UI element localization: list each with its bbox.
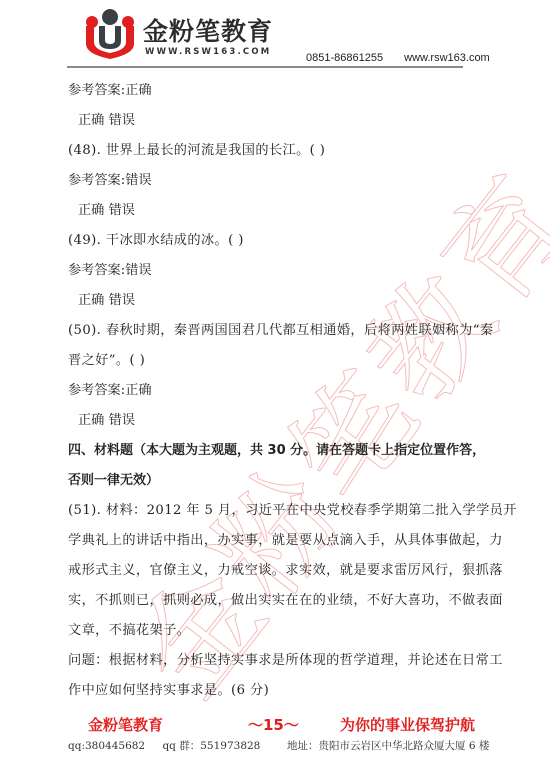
footer-brand: 金粉笔教育 — [88, 714, 163, 735]
footer-slogan: 为你的事业保驾护航 — [340, 714, 475, 735]
header-contact: 0851-86861255 www.rsw163.com — [306, 52, 508, 64]
answer-line: 参考答案:错误 — [68, 256, 483, 286]
page-header: 金粉笔教育 WWW.RSW163.COM 0851-86861255 www.r… — [0, 0, 550, 70]
answer-options: 正确 错误 — [68, 196, 483, 226]
question-50: (50). 春秋时期，秦晋两国国君几代都互相通婚，后将两姓联姻称为“秦 — [68, 316, 483, 346]
footer-qq: qq:380445682 qq 群：551973828 — [68, 738, 274, 753]
question-51-prompt-cont: 作中应如何坚持实事求是。(6 分) — [68, 676, 483, 706]
brand-name: 金粉笔教育 — [143, 12, 273, 48]
question-51: (51). 材料：2012 年 5 月，习近平在中央党校春季学期第二批入学学员开 — [68, 496, 483, 526]
answer-line: 参考答案:正确 — [68, 376, 483, 406]
document-body: 参考答案:正确 正确 错误 (48). 世界上最长的河流是我国的长江。( ) 参… — [68, 76, 483, 706]
footer-qq-group: qq 群：551973828 — [162, 740, 260, 752]
question-51-cont: 学典礼上的讲话中指出，办实事，就是要从点滴入手，从具体事做起，力 — [68, 526, 483, 556]
footer-qq-number: qq:380445682 — [68, 740, 145, 752]
question-51-cont: 戒形式主义，官僚主义，力戒空谈。求实效，就是要求雷厉风行，狠抓落 — [68, 556, 483, 586]
page-footer: 金粉笔教育 ～15～ 为你的事业保驾护航 qq:380445682 qq 群：5… — [0, 712, 550, 760]
answer-line: 参考答案:错误 — [68, 166, 483, 196]
page-number: ～15～ — [248, 714, 299, 735]
question-50-cont: 晋之好”。( ) — [68, 346, 483, 376]
header-website: www.rsw163.com — [404, 52, 490, 64]
question-51-cont: 实，不抓则已，抓则必成，做出实实在在的业绩，不好大喜功，不做表面 — [68, 586, 483, 616]
section-heading-cont: 否则一律无效） — [68, 466, 483, 496]
question-51-prompt: 问题：根据材料，分析坚持实事求是所体现的哲学道理，并论述在日常工 — [68, 646, 483, 676]
header-divider — [67, 66, 463, 68]
question-49: (49). 干冰即水结成的冰。( ) — [68, 226, 483, 256]
brand-logo-icon — [82, 8, 138, 60]
header-phone: 0851-86861255 — [306, 52, 383, 64]
section-heading: 四、材料题（本大题为主观题，共 30 分。请在答题卡上指定位置作答， — [68, 436, 483, 466]
answer-options: 正确 错误 — [68, 286, 483, 316]
question-51-cont: 文章，不搞花架子。 — [68, 616, 483, 646]
footer-address: 地址：贵阳市云岩区中华北路众厦大厦 6 楼 — [287, 738, 489, 753]
brand-url: WWW.RSW163.COM — [145, 47, 271, 57]
answer-options: 正确 错误 — [68, 406, 483, 436]
answer-options: 正确 错误 — [68, 106, 483, 136]
question-48: (48). 世界上最长的河流是我国的长江。( ) — [68, 136, 483, 166]
answer-line: 参考答案:正确 — [68, 76, 483, 106]
